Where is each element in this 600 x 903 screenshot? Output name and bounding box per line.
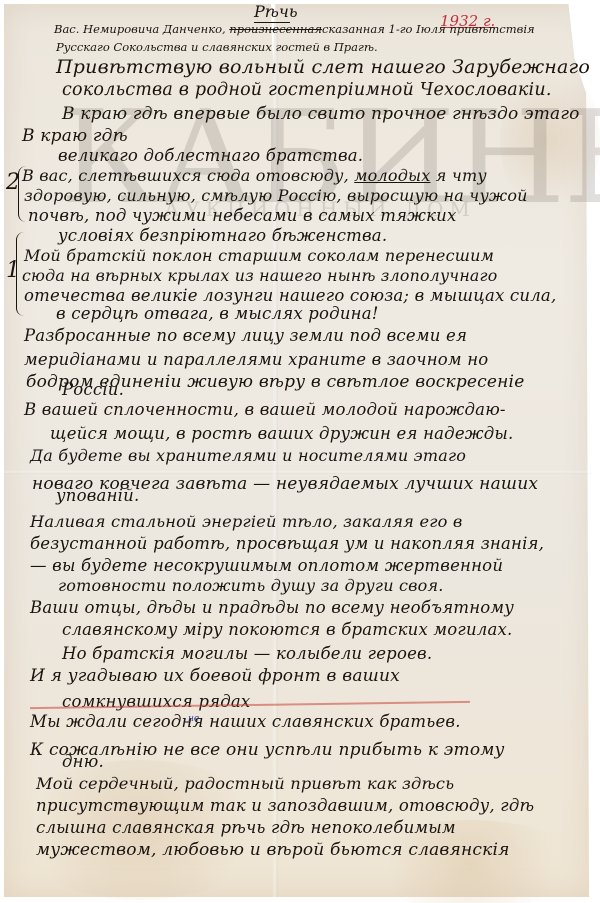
header-greeting: привѣтствія	[446, 22, 535, 36]
margin-bracket	[18, 166, 27, 222]
speech-line: Привѣтствую вольный слет нашего Зарубежн…	[56, 56, 590, 78]
speech-line: В краю гдѣ	[22, 126, 128, 146]
speech-line: присутствующим так и запоздавшим, отовсю…	[36, 796, 534, 815]
speech-line: Ваши отцы, дѣды и прадѣды по всему необъ…	[30, 598, 514, 617]
speech-line: В вашей сплоченности, в вашей молодой на…	[24, 400, 506, 419]
speech-line: Да будете вы хранителями и носителями эт…	[30, 446, 466, 465]
speech-line: мужеством, любовью и вѣрой бьются славян…	[36, 840, 510, 860]
speech-line: меридіанами и параллелями храните в заоч…	[24, 350, 488, 369]
speech-line: готовности положить душу за други своя.	[58, 576, 444, 595]
speech-line: Россіи.	[62, 380, 124, 399]
speech-line: безустанной работѣ, просвѣщая ум и накоп…	[30, 534, 544, 553]
speech-line: сюда на вѣрных крылах из нашего нынѣ зло…	[22, 266, 497, 285]
speech-line: слышна славянская рѣчь гдѣ непоколебимым	[36, 818, 456, 837]
speech-line: упованій.	[56, 486, 139, 505]
speech-line: отечества великіе лозунги нашего союза; …	[24, 286, 556, 305]
blue-insertion-note: не	[188, 714, 199, 724]
speech-line: славянскому міру покоются в братских мог…	[62, 620, 512, 639]
speech-line: великаго доблестнаго братства.	[58, 146, 363, 165]
speech-line: Наливая стальной энергіей тѣло, закаляя …	[30, 512, 463, 531]
header-date: сказанная 1-го Іюля	[322, 22, 446, 36]
speech-line: Разбросанные по всему лицу земли под все…	[24, 326, 467, 345]
speech-line: И я угадываю их боевой фронт в ваших	[30, 666, 400, 686]
speech-line: В вас, слетѣвшихся сюда отовсюду, молоды…	[22, 166, 487, 185]
speech-line: Но братскія могилы — колыбели героев.	[62, 644, 432, 663]
speech-line: Мы ждали сегодня наших славянских братье…	[30, 712, 461, 731]
speech-line: Мой братскій поклон старшим соколам пере…	[24, 246, 494, 265]
speech-line: в сердцѣ отвага, в мыслях родина!	[56, 304, 379, 323]
underlined-word: молодых	[354, 166, 430, 185]
speech-line: дню.	[62, 752, 104, 771]
speech-line: В краю гдѣ впервые было свито прочное гн…	[62, 104, 580, 124]
header-line-1: Вас. Немировича Данченко, произнесеннаяс…	[54, 22, 535, 36]
header-author: Вас. Немировича Данченко,	[54, 22, 229, 36]
speech-line: здоровую, сильную, смѣлую Россію, выросш…	[24, 186, 528, 205]
struck-word: произнесенная	[229, 22, 322, 36]
speech-line: условіях безпріютнаго бѣженства.	[58, 226, 387, 245]
speech-line: сокольства в родной гостепріимной Чехосл…	[62, 80, 552, 100]
header-line-2: Русскаго Сокольства и славянских гостей …	[56, 40, 378, 54]
speech-line: щейся мощи, в ростѣ ваших дружин ея наде…	[50, 424, 514, 443]
speech-line: — вы будете несокрушимым оплотом жертвен…	[30, 556, 503, 575]
margin-bracket	[16, 232, 27, 316]
speech-line: Мой сердечный, радостный привѣт как здѣс…	[36, 774, 454, 793]
speech-line: почвѣ, под чужими небесами в самых тяжки…	[28, 206, 457, 225]
document-title: Рѣчь	[254, 2, 298, 21]
